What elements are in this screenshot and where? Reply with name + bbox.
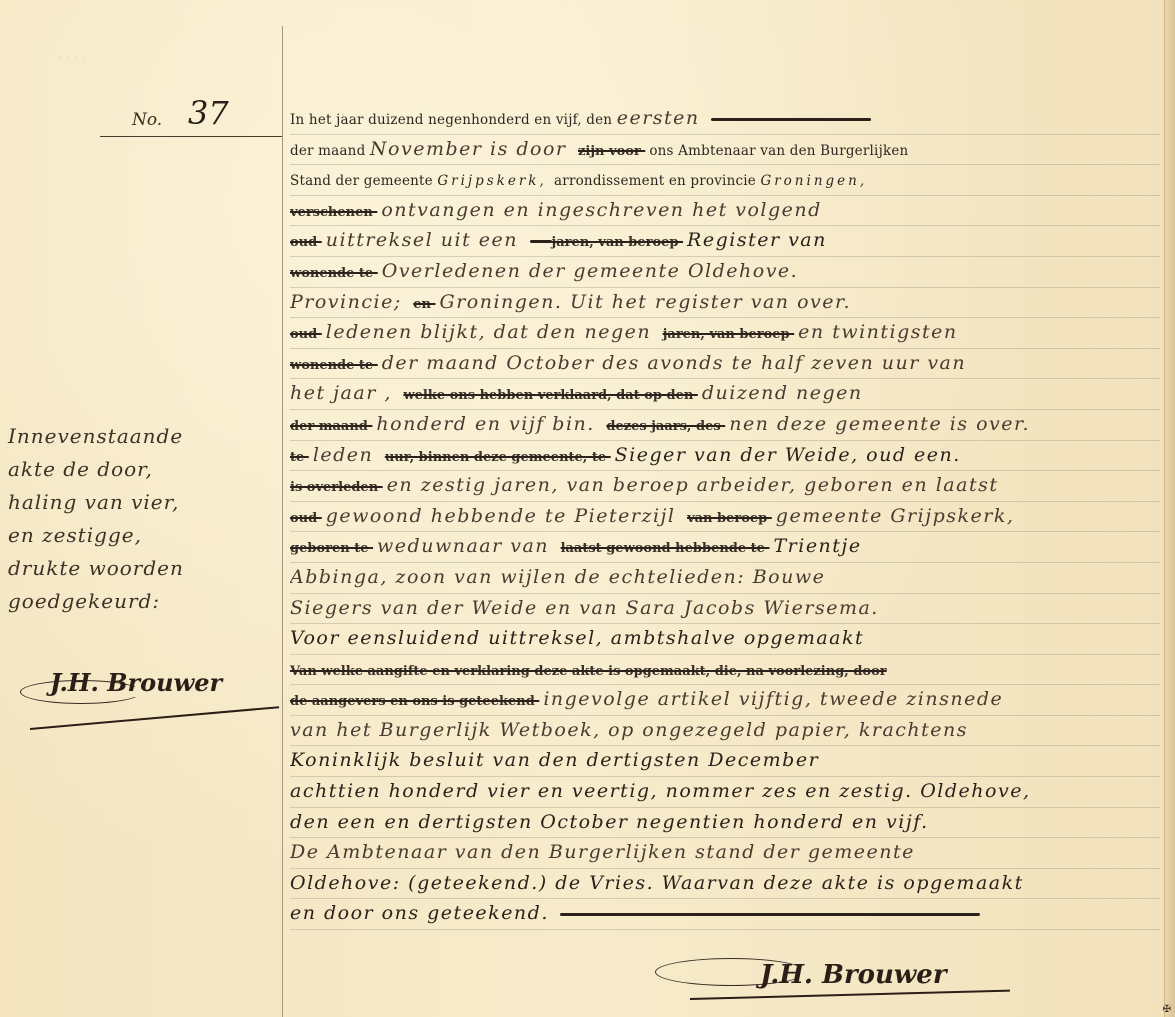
struck-text: welke ons hebben verklaard, dat op den xyxy=(403,388,697,403)
record-line: Voor eensluidend uittreksel, ambtshalve … xyxy=(290,624,1160,655)
record-line: te leden uur, binnen deze gemeente, te S… xyxy=(290,441,1160,472)
corner-mark: ✠ xyxy=(1163,1004,1171,1015)
record-line: De Ambtenaar van den Burgerlijken stand … xyxy=(290,838,1160,869)
record-line: geboren te weduwnaar van laatst gewoond … xyxy=(290,532,1160,563)
margin-note-line: en zestigge, xyxy=(8,519,283,552)
struck-text: Van welke aangifte en verklaring deze ak… xyxy=(290,664,887,679)
printed-text: arrondissement en provincie xyxy=(554,173,760,189)
handwritten-text: leden xyxy=(313,444,381,466)
record-number-value: 37 xyxy=(188,94,229,132)
handwritten-text: achttien honderd vier en veertig, nommer… xyxy=(290,780,1031,802)
record-number-label: No. xyxy=(132,110,162,130)
printed-text: Grijpskerk, xyxy=(437,173,554,189)
record-line: oud ledenen blijkt, dat den negen jaren,… xyxy=(290,318,1160,349)
handwritten-text: November is door xyxy=(370,138,574,160)
margin-annotation: Innevenstaandeakte de door,haling van vi… xyxy=(8,420,283,618)
struck-text: is overleden xyxy=(290,480,383,495)
record-number: No. 37 xyxy=(100,100,282,137)
handwritten-text: weduwnaar van xyxy=(377,535,557,557)
handwritten-text: het jaar , xyxy=(290,382,399,404)
margin-note-line: goedgekeurd: xyxy=(8,585,283,618)
record-line: In het jaar duizend negenhonderd en vijf… xyxy=(290,104,1160,135)
bleed-through-text: . . . . xyxy=(58,48,87,63)
printed-text: In het jaar duizend negenhonderd en vijf… xyxy=(290,112,617,128)
handwritten-text: Abbinga, zoon van wijlen de echtelieden:… xyxy=(290,566,825,588)
record-line: de aangevers en ons is geteekend ingevol… xyxy=(290,685,1160,716)
struck-text: zijn voor xyxy=(578,144,645,159)
record-line: der maand November is door zijn voor ons… xyxy=(290,135,1160,166)
record-line: is overleden en zestig jaren, van beroep… xyxy=(290,471,1160,502)
struck-text: de aangevers en ons is geteekend xyxy=(290,694,539,709)
margin-note-line: akte de door, xyxy=(8,453,283,486)
official-signature: J.H. Brouwer xyxy=(760,960,947,990)
handwritten-text: gemeente Grijpskerk, xyxy=(776,505,1015,527)
handwritten-text: Sieger van der Weide, oud een. xyxy=(615,444,961,466)
handwritten-text: Oldehove: (geteekend.) de Vries. Waarvan… xyxy=(290,872,1024,894)
record-line: verschenen ontvangen en ingeschreven het… xyxy=(290,196,1160,227)
handwritten-text: honderd en vijf bin. xyxy=(376,413,602,435)
handwritten-text: gewoond hebbende te Pieterzijl xyxy=(326,505,683,527)
handwritten-text: Register van xyxy=(687,229,827,251)
record-line: het jaar , welke ons hebben verklaard, d… xyxy=(290,379,1160,410)
margin-note-line: drukte woorden xyxy=(8,552,283,585)
printed-text: Stand der gemeente xyxy=(290,173,437,189)
record-line: den een en dertigsten October negentien … xyxy=(290,808,1160,839)
record-line: achttien honderd vier en veertig, nommer… xyxy=(290,777,1160,808)
struck-text: jaren, van beroep xyxy=(552,235,683,250)
struck-text: te xyxy=(290,450,309,465)
record-line: Abbinga, zoon van wijlen de echtelieden:… xyxy=(290,563,1160,594)
handwritten-text: uittreksel uit een xyxy=(326,229,526,251)
margin-signature: J.H. Brouwer xyxy=(50,668,222,697)
fill-stroke xyxy=(711,118,871,121)
handwritten-text: duizend negen xyxy=(702,382,863,404)
handwritten-text: nen deze gemeente is over. xyxy=(729,413,1030,435)
struck-text: laatst gewoond hebbende te xyxy=(561,541,770,556)
printed-text: der maand xyxy=(290,143,370,159)
handwritten-text: van het Burgerlijk Wetboek, op ongezegel… xyxy=(290,719,968,741)
record-line: Oldehove: (geteekend.) de Vries. Waarvan… xyxy=(290,869,1160,900)
handwritten-text: ingevolge artikel vijftig, tweede zinsne… xyxy=(543,688,1003,710)
handwritten-text: der maand October des avonds te half zev… xyxy=(382,352,966,374)
signature-underline xyxy=(30,706,279,729)
handwritten-text: ontvangen en ingeschreven het volgend xyxy=(381,199,821,221)
handwritten-text: en door ons geteekend. xyxy=(290,902,556,924)
record-line: Provincie; en Groningen. Uit het registe… xyxy=(290,288,1160,319)
record-line: wonende te der maand October des avonds … xyxy=(290,349,1160,380)
record-body: In het jaar duizend negenhonderd en vijf… xyxy=(290,104,1160,930)
struck-text: jaren, van beroep xyxy=(663,327,794,342)
struck-text: oud xyxy=(290,327,322,342)
struck-text: van beroep xyxy=(687,511,772,526)
page-edge xyxy=(1164,0,1175,1017)
margin-note-line: haling van vier, xyxy=(8,486,283,519)
handwritten-text: den een en dertigsten October negentien … xyxy=(290,811,929,833)
record-line: oud uittreksel uit een jaren, van beroep… xyxy=(290,226,1160,257)
handwritten-text: en zestig jaren, van beroep arbeider, ge… xyxy=(387,474,999,496)
printed-text: Groningen, xyxy=(760,173,867,189)
handwritten-text: Provincie; xyxy=(290,291,409,313)
record-line: Stand der gemeente Grijpskerk, arrondiss… xyxy=(290,165,1160,196)
handwritten-text: Voor eensluidend uittreksel, ambtshalve … xyxy=(290,627,864,649)
handwritten-text: Trientje xyxy=(773,535,861,557)
record-line: Van welke aangifte en verklaring deze ak… xyxy=(290,655,1160,686)
record-line: der maand honderd en vijf bin. dezes jaa… xyxy=(290,410,1160,441)
struck-text: wonende te xyxy=(290,266,378,281)
signature-underline xyxy=(690,990,1010,1000)
record-line: wonende te Overledenen der gemeente Olde… xyxy=(290,257,1160,288)
struck-text: verschenen xyxy=(290,205,377,220)
margin-note-line: Innevenstaande xyxy=(8,420,283,453)
struck-text: oud xyxy=(290,235,322,250)
handwritten-text: ledenen blijkt, dat den negen xyxy=(326,321,659,343)
handwritten-text: eersten xyxy=(617,107,707,129)
handwritten-text: Koninklijk besluit van den dertigsten De… xyxy=(290,749,819,771)
struck-text: uur, binnen deze gemeente, te xyxy=(385,450,611,465)
struck-text: dezes jaars, des xyxy=(606,419,725,434)
fill-stroke xyxy=(530,240,552,243)
printed-text: ons Ambtenaar van den Burgerlijken xyxy=(649,143,908,159)
struck-text: en xyxy=(413,297,435,312)
record-line: Siegers van der Weide en van Sara Jacobs… xyxy=(290,594,1160,625)
handwritten-text: Siegers van der Weide en van Sara Jacobs… xyxy=(290,597,879,619)
struck-text: oud xyxy=(290,511,322,526)
document-page: . . . . No. 37 In het jaar duizend negen… xyxy=(0,0,1175,1017)
handwritten-text: en twintigsten xyxy=(798,321,957,343)
handwritten-text: De Ambtenaar van den Burgerlijken stand … xyxy=(290,841,915,863)
struck-text: wonende te xyxy=(290,358,378,373)
fill-stroke xyxy=(560,913,980,916)
record-line: en door ons geteekend. xyxy=(290,899,1160,930)
handwritten-text: Groningen. Uit het register van over. xyxy=(440,291,852,313)
struck-text: geboren te xyxy=(290,541,373,556)
record-line: Koninklijk besluit van den dertigsten De… xyxy=(290,746,1160,777)
record-line: van het Burgerlijk Wetboek, op ongezegel… xyxy=(290,716,1160,747)
record-line: oud gewoond hebbende te Pieterzijl van b… xyxy=(290,502,1160,533)
handwritten-text: Overledenen der gemeente Oldehove. xyxy=(382,260,798,282)
struck-text: der maand xyxy=(290,419,372,434)
